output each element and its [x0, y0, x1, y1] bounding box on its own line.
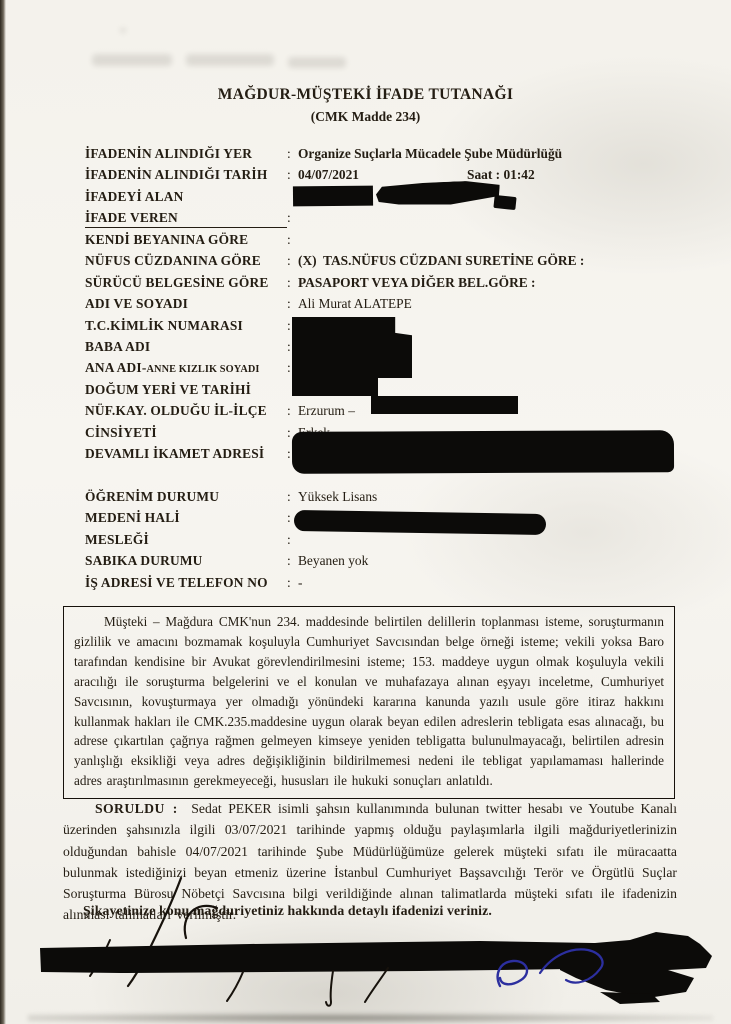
field-label: İFADENİN ALINDIĞI YER [85, 146, 287, 162]
rights-notice-text: Müşteki – Mağdura CMK'nun 234. maddesind… [74, 612, 664, 791]
field-label: BABA ADI [85, 339, 287, 355]
document-header: MAĞDUR-MÜŞTEKİ İFADE TUTANAĞI (CMK Madde… [0, 86, 731, 125]
field-row: ADI VE SOYADI:Ali Murat ALATEPE [85, 296, 713, 317]
field-time: Saat : 01:42 [467, 167, 535, 183]
field-label: ADI VE SOYADI [85, 296, 287, 312]
field-label: NÜFUS CÜZDANINA GÖRE [85, 253, 287, 269]
field-label: SÜRÜCÜ BELGESİNE GÖRE [85, 275, 287, 291]
redaction-bar [294, 510, 546, 535]
redaction-scribble [493, 195, 516, 210]
redaction-bar [371, 396, 518, 414]
field-value: Ali Murat ALATEPE [298, 296, 412, 311]
field-row: İFADENİN ALINDIĞI YER:Organize Suçlarla … [85, 146, 713, 167]
field-value: Beyanen yok [298, 553, 368, 568]
document-subtitle: (CMK Madde 234) [0, 109, 731, 125]
field-value: Erzurum – [298, 403, 355, 418]
field-label: ÖĞRENİM DURUMU [85, 489, 287, 505]
ghost-text-mark [288, 57, 346, 68]
scanned-document-page: MAĞDUR-MÜŞTEKİ İFADE TUTANAĞI (CMK Madde… [0, 0, 731, 1024]
field-label: DOĞUM YERİ VE TARİHİ [85, 382, 287, 398]
field-label: İFADENİN ALINDIĞI TARİH [85, 167, 287, 183]
ghost-text-mark [92, 54, 172, 66]
field-value: Yüksek Lisans [298, 489, 377, 504]
field-label: İFADEYİ ALAN [85, 189, 287, 205]
ghost-dot-mark [120, 28, 126, 33]
field-value: 04/07/2021 [298, 167, 359, 182]
field-row: İFADE VEREN: [85, 210, 713, 231]
field-label: CİNSİYETİ [85, 425, 287, 441]
field-label: ANA ADI-ANNE KIZLIK SOYADI [85, 360, 287, 376]
field-row: İŞ ADRESİ VE TELEFON NO:- [85, 575, 713, 596]
field-value: PASAPORT VEYA DİĞER BEL.GÖRE : [298, 275, 536, 290]
signature-ink [326, 971, 333, 1006]
document-title: MAĞDUR-MÜŞTEKİ İFADE TUTANAĞI [0, 86, 731, 104]
field-row: MESLEĞİ: [85, 532, 713, 553]
redaction-bar [292, 317, 412, 378]
signature-ink [185, 906, 217, 938]
redaction-bar [292, 377, 378, 396]
field-label: İFADE VEREN [85, 210, 287, 228]
scan-shadow-bottom [28, 1013, 713, 1023]
field-row: NÜFUS CÜZDANINA GÖRE:(X) TAS.NÜFUS CÜZDA… [85, 253, 713, 274]
redaction-bar [40, 941, 650, 973]
field-label: İŞ ADRESİ VE TELEFON NO [85, 575, 287, 591]
field-label: NÜF.KAY. OLDUĞU İL-İLÇE [85, 403, 287, 419]
field-label: DEVAMLI İKAMET ADRESİ [85, 446, 287, 462]
signature-ink [365, 968, 388, 1002]
redaction-bar [293, 186, 373, 207]
field-value: Organize Suçlarla Mücadele Şube Müdürlüğ… [298, 146, 562, 161]
redaction-bar [292, 430, 674, 474]
field-label: KENDİ BEYANINA GÖRE [85, 232, 287, 248]
soruldu-label: SORULDU [95, 801, 165, 816]
scan-edge-left [0, 0, 6, 1024]
signature-ink [227, 972, 243, 1001]
redaction-scribble [560, 932, 712, 998]
signature-and-redaction-layer [0, 874, 731, 1024]
field-row: SABIKA DURUMU:Beyanen yok [85, 553, 713, 574]
field-value: (X) TAS.NÜFUS CÜZDANI SURETİNE GÖRE : [298, 253, 584, 268]
field-label: MESLEĞİ [85, 532, 287, 548]
field-value: - [298, 575, 302, 590]
rights-notice-box: Müşteki – Mağdura CMK'nun 234. maddesind… [63, 606, 675, 799]
ghost-text-mark [186, 54, 274, 66]
field-row: ÖĞRENİM DURUMU:Yüksek Lisans [85, 489, 713, 510]
field-label: SABIKA DURUMU [85, 553, 287, 569]
field-label: T.C.KİMLİK NUMARASI [85, 318, 287, 334]
field-label: MEDENİ HALİ [85, 510, 287, 526]
field-row: KENDİ BEYANINA GÖRE: [85, 232, 713, 253]
field-row: SÜRÜCÜ BELGESİNE GÖRE:PASAPORT VEYA DİĞE… [85, 275, 713, 296]
